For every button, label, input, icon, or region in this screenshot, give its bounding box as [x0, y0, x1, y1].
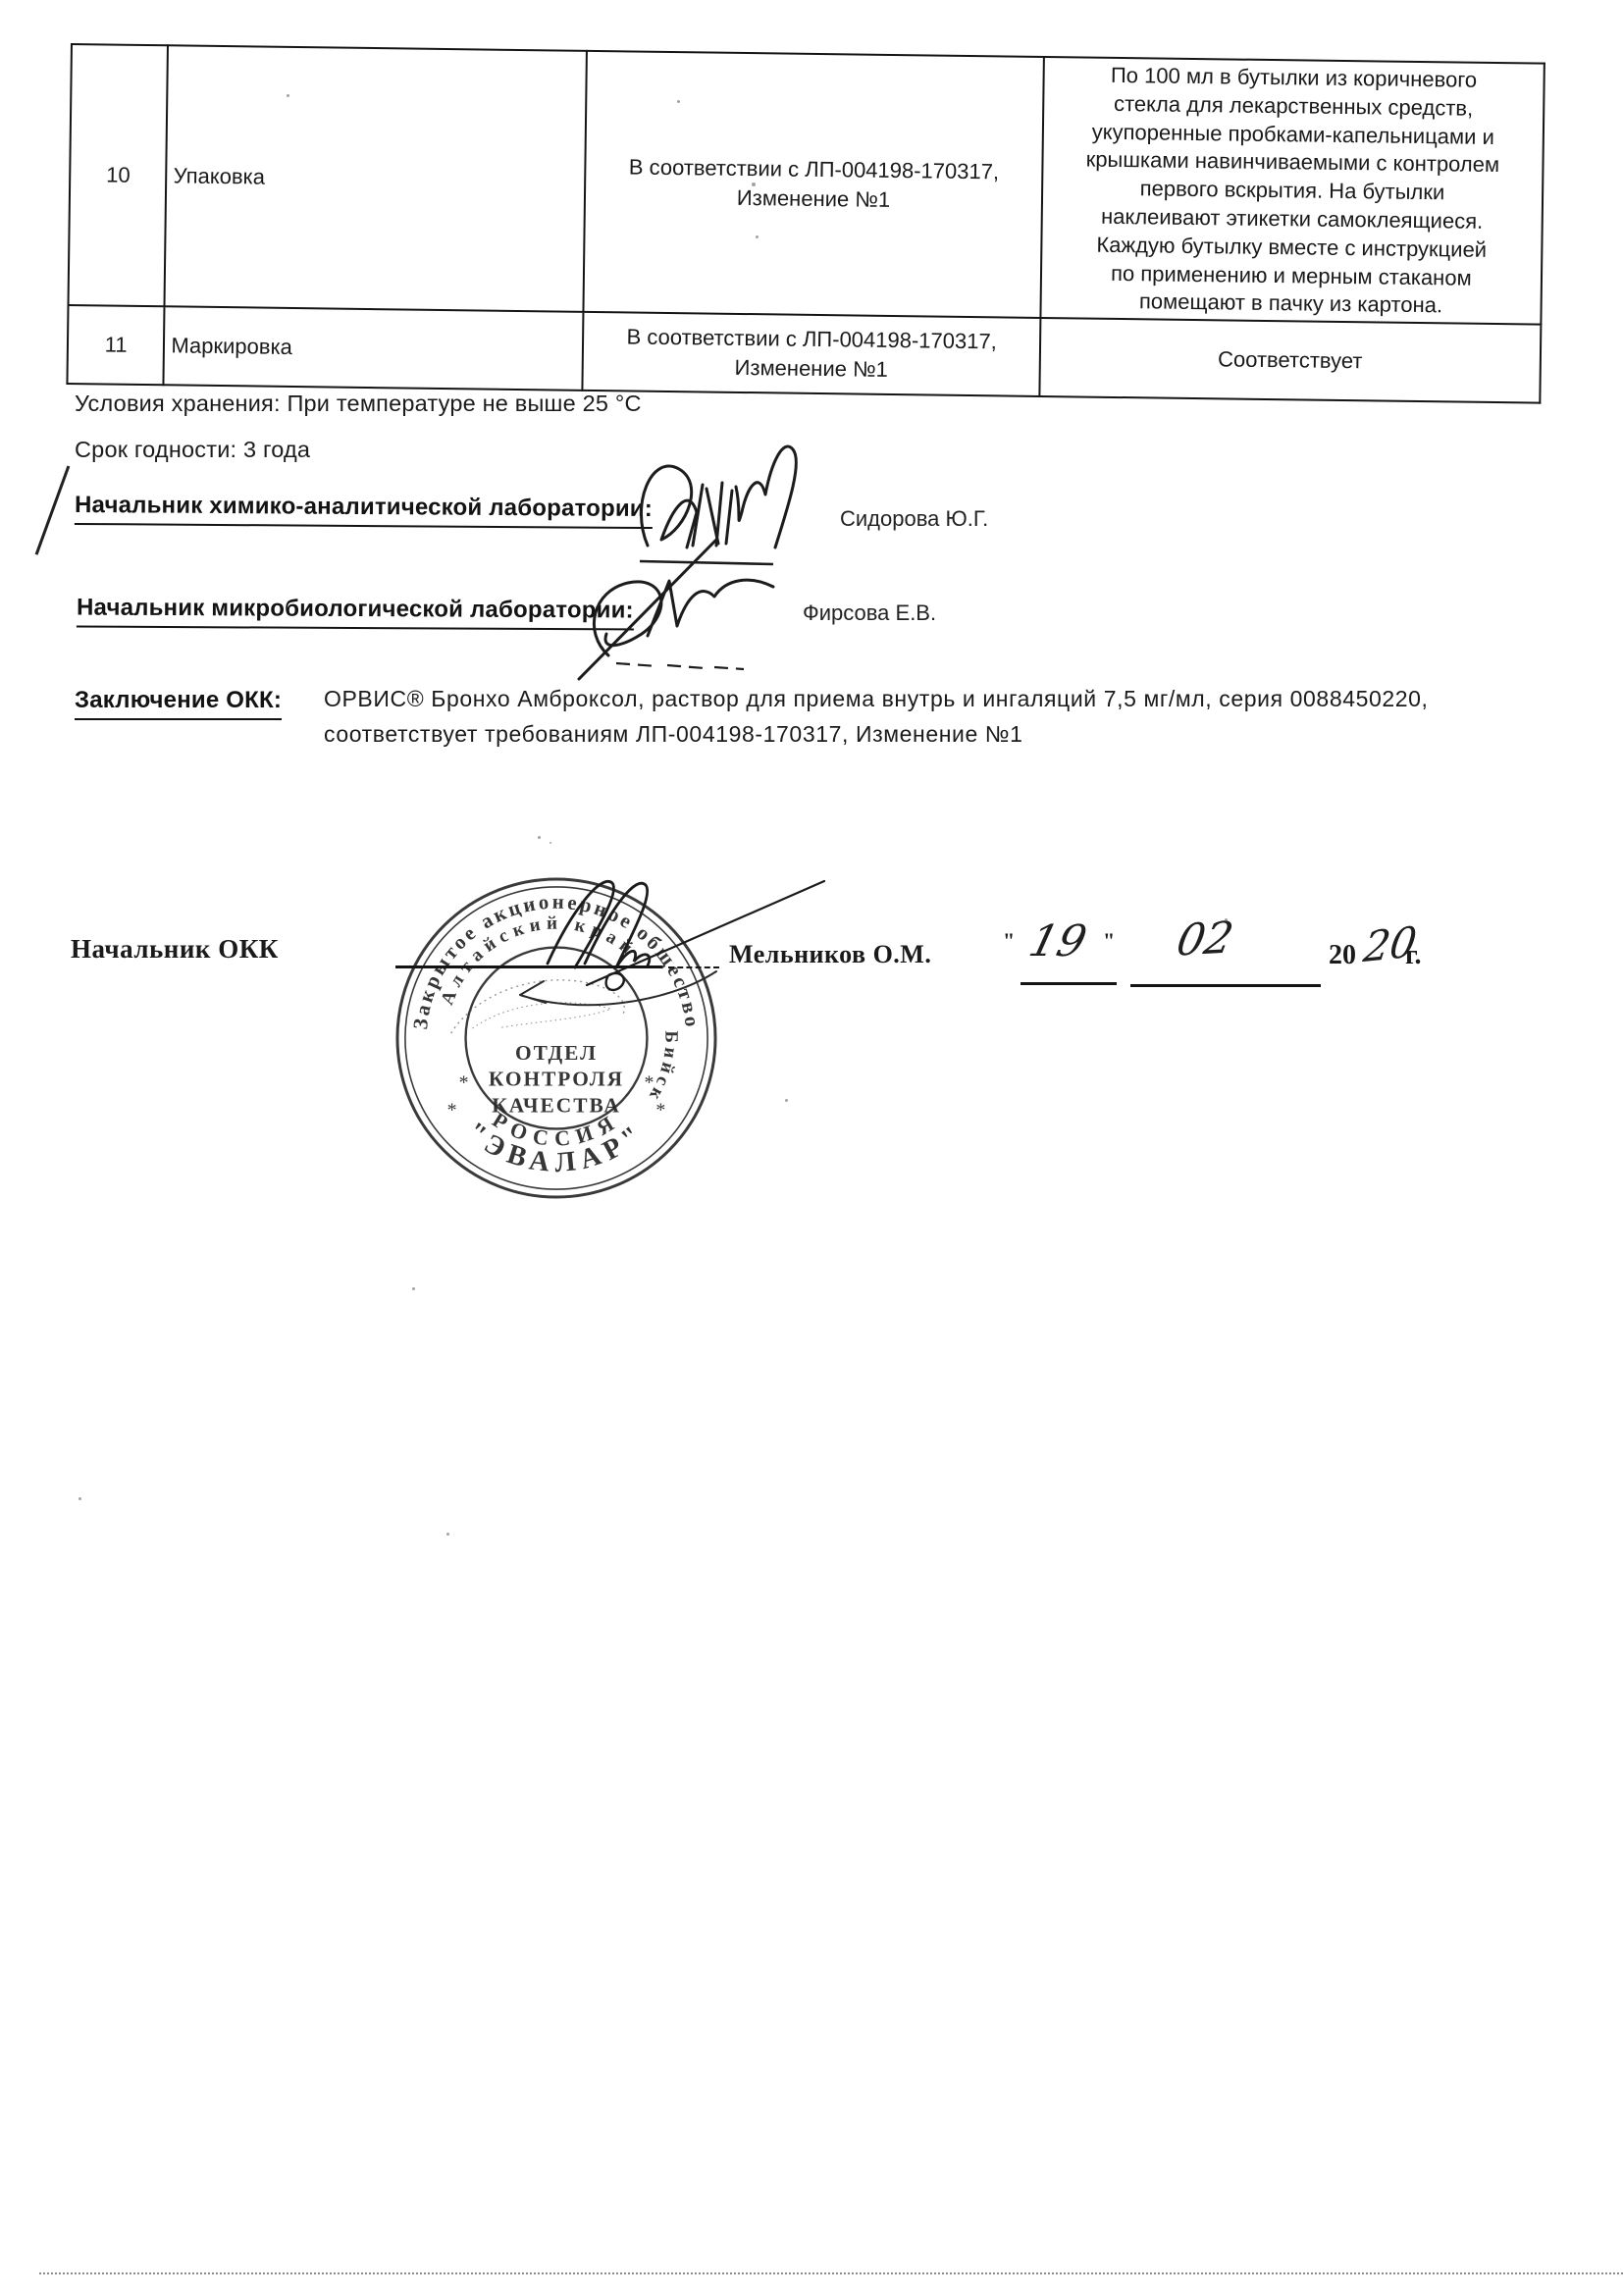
okk-conclusion-text: ОРВИС® Бронхо Амброксол, раствор для при… [324, 681, 1511, 752]
date-year-suffix: г. [1405, 940, 1422, 971]
row-number-cell: 11 [67, 305, 164, 385]
date-month-line [1130, 984, 1321, 987]
stamp-asterisk: * [644, 1072, 654, 1094]
result-cell: По 100 мл в бутылки из коричневого стекл… [1040, 57, 1544, 325]
scanned-qc-document: 10 Упаковка В соответствии с ЛП-004198-1… [0, 0, 1623, 2296]
stamp-asterisk: * [459, 1072, 469, 1094]
approval-signature-line [395, 965, 662, 968]
okk-conclusion-label: Заключение ОКК: [75, 687, 282, 720]
shelf-life: Срок годности: 3 года [75, 437, 310, 463]
table-row: 10 Упаковка В соответствии с ЛП-004198-1… [69, 44, 1544, 325]
stamp-city-text: Бийск [643, 1030, 681, 1107]
storage-conditions: Условия хранения: При температуре не выш… [75, 391, 642, 417]
chem-lab-head-label: Начальник химико-аналитической лаборатор… [75, 492, 653, 529]
signature-stroke [594, 580, 773, 655]
parameter-cell: Маркировка [164, 306, 584, 391]
method-cell: В соответствии с ЛП-004198-170317, Измен… [583, 312, 1040, 396]
signature-melnikov [459, 865, 832, 1013]
stamp-center-line3: КАЧЕСТВА [492, 1094, 621, 1118]
approval-signature-line-dash [668, 966, 719, 968]
date-open-quote: " [1003, 928, 1015, 954]
signature-stroke [579, 540, 716, 679]
scan-bottom-dotted-line [39, 2272, 1623, 2274]
signature-underline [616, 663, 744, 669]
okk-head-label: Начальник ОКК [71, 934, 279, 965]
row-number-cell: 10 [69, 44, 169, 306]
method-cell: В соответствии с ЛП-004198-170317, Измен… [584, 51, 1044, 318]
parameter-cell: Упаковка [165, 45, 587, 312]
signer-name: Сидорова Ю.Г. [840, 506, 988, 532]
result-cell: Соответствует [1039, 318, 1541, 403]
micro-lab-head-label: Начальник микробиологической лаборатории… [77, 595, 634, 631]
signer-name: Фирсова Е.В. [803, 600, 936, 626]
svg-text:Бийск: Бийск [643, 1030, 681, 1107]
stamp-center-line2: КОНТРОЛЯ [489, 1068, 624, 1091]
stamp-asterisk: * [447, 1100, 457, 1122]
qc-results-table: 10 Упаковка В соответствии с ЛП-004198-1… [66, 43, 1544, 404]
signature-stroke [548, 881, 650, 967]
pen-slash-mark [35, 465, 70, 554]
signature-firsova [571, 530, 811, 687]
stamp-center-line1: ОТДЕЛ [515, 1041, 598, 1065]
date-day-line [1021, 982, 1117, 985]
approver-name: Мельников О.М. [729, 940, 931, 969]
date-day-handwritten: 19 [1030, 916, 1085, 966]
stamp-asterisk: * [655, 1100, 665, 1122]
date-close-quote: " [1103, 928, 1115, 954]
date-year-printed: 20 [1329, 940, 1356, 971]
